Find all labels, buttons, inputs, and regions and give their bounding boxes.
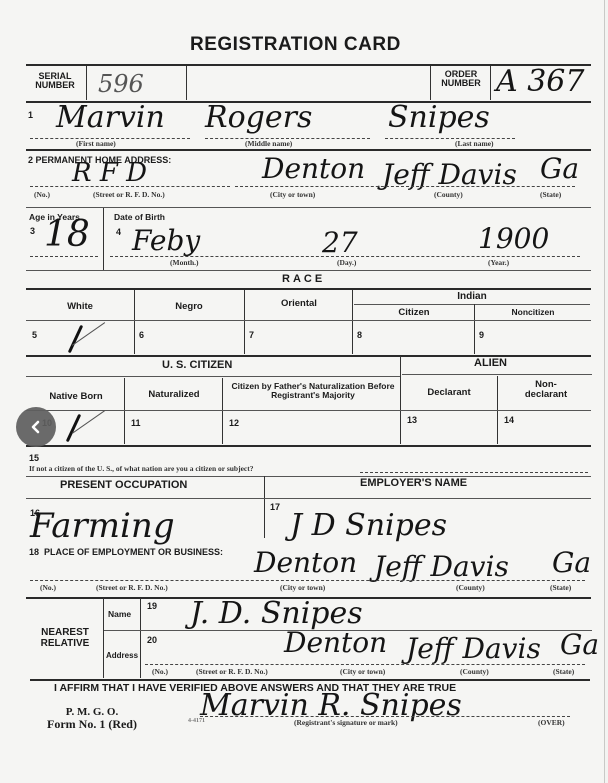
caption: (Day.) xyxy=(337,258,356,267)
caption: (Street or R. F. D. No.) xyxy=(196,667,268,676)
q13-number: 13 xyxy=(407,415,417,425)
previous-page-button[interactable] xyxy=(16,407,56,447)
caption: (City or town) xyxy=(340,667,385,676)
q8-number: 8 xyxy=(357,330,362,340)
race-indian-citizen-label: Citizen xyxy=(354,308,474,318)
rule xyxy=(30,256,98,257)
race-indian-noncitizen-label: Noncitizen xyxy=(476,308,590,317)
q7-number: 7 xyxy=(249,330,254,340)
relative-county: Jeff Davis xyxy=(406,632,541,665)
caption: (No.) xyxy=(152,667,168,676)
rule xyxy=(474,304,475,354)
race-header: RACE xyxy=(282,274,325,286)
rule xyxy=(26,498,591,499)
q4-number: 4 xyxy=(116,227,121,237)
rule xyxy=(402,374,592,375)
race-oriental-label: Oriental xyxy=(246,299,352,309)
rule xyxy=(26,149,591,151)
q14-number: 14 xyxy=(504,415,514,425)
chevron-left-icon xyxy=(29,420,43,434)
rule xyxy=(360,472,588,473)
q15-number: 15 xyxy=(29,453,39,463)
dob-year: 1900 xyxy=(478,222,549,255)
race-indian-label: Indian xyxy=(354,292,590,303)
rule xyxy=(26,476,591,477)
rule xyxy=(186,66,187,100)
print-code: 4-4171 xyxy=(188,718,205,724)
caption: (Year.) xyxy=(488,258,509,267)
rule xyxy=(30,679,590,681)
rule xyxy=(354,304,590,305)
rule xyxy=(26,320,591,321)
caption: (City or town) xyxy=(280,583,325,592)
age-value: 18 xyxy=(44,214,90,255)
first-name: Marvin xyxy=(56,100,165,135)
rule xyxy=(26,288,591,290)
q2-number: 2 xyxy=(28,155,33,165)
rule xyxy=(430,66,431,100)
rule xyxy=(244,290,245,354)
rule xyxy=(103,598,104,678)
rule xyxy=(124,378,125,444)
q3-number: 3 xyxy=(30,226,35,236)
rule xyxy=(490,66,491,100)
rule xyxy=(26,270,591,271)
rule xyxy=(352,290,353,354)
order-value: A 367 xyxy=(496,64,584,99)
employment-city: Denton xyxy=(254,546,357,579)
dob-label: Date of Birth xyxy=(114,213,165,222)
middle-name-caption: (Middle name) xyxy=(245,139,292,148)
q19-number: 19 xyxy=(147,601,157,611)
rule xyxy=(385,138,515,139)
serial-value: 596 xyxy=(98,70,144,98)
rule xyxy=(145,664,585,665)
rule xyxy=(400,356,401,444)
caption: (State) xyxy=(550,583,571,592)
nearest-relative-label: NEAREST RELATIVE xyxy=(30,628,100,649)
employer-header: EMPLOYER'S NAME xyxy=(360,478,467,490)
employment-state: Ga xyxy=(552,546,591,579)
q11-number: 11 xyxy=(131,418,141,428)
rule xyxy=(134,290,135,354)
signature-caption: (Registrant's signature or mark) xyxy=(294,718,398,727)
caption: (No.) xyxy=(34,190,50,199)
race-white-checkmark xyxy=(58,322,118,356)
caption: (City or town) xyxy=(270,190,315,199)
home-state: Ga xyxy=(540,152,579,185)
caption: (County) xyxy=(460,667,489,676)
relative-address-label: Address xyxy=(106,652,138,660)
caption: (No.) xyxy=(40,583,56,592)
occupation-header: PRESENT OCCUPATION xyxy=(60,480,187,492)
rule xyxy=(200,716,570,717)
over-note: (OVER) xyxy=(538,718,565,727)
relative-name-label: Name xyxy=(108,610,131,619)
caption: (State) xyxy=(540,190,561,199)
q18-number: 18 xyxy=(29,547,39,557)
caption: (Street or R. F. D. No.) xyxy=(93,190,165,199)
q5-number: 5 xyxy=(32,330,37,340)
rule xyxy=(264,476,265,538)
employment-county: Jeff Davis xyxy=(374,550,509,583)
caption: (Street or R. F. D. No.) xyxy=(96,583,168,592)
rule xyxy=(26,207,591,208)
dob-day: 27 xyxy=(322,226,358,259)
rule xyxy=(104,630,140,631)
q17-number: 17 xyxy=(270,502,280,512)
native-born-checkmark xyxy=(58,410,118,444)
alien-header: ALIEN xyxy=(474,358,507,370)
q12-number: 12 xyxy=(229,418,239,428)
form-number: Form No. 1 (Red) xyxy=(32,718,152,731)
rule xyxy=(235,186,575,187)
caption: (Month.) xyxy=(170,258,199,267)
citizen-by-father-label: Citizen by Father's Naturalization Befor… xyxy=(228,382,398,400)
q6-number: 6 xyxy=(139,330,144,340)
home-street: R F D xyxy=(72,158,147,188)
caption: (County) xyxy=(434,190,463,199)
registration-card: REGISTRATION CARD SERIAL NUMBER 596 ORDE… xyxy=(0,0,605,783)
rule xyxy=(30,186,230,187)
middle-name: Rogers xyxy=(205,100,312,135)
rule xyxy=(222,378,223,444)
occupation-value: Farming xyxy=(30,506,175,546)
race-negro-label: Negro xyxy=(136,302,242,312)
rule xyxy=(103,208,104,270)
last-name: Snipes xyxy=(388,100,490,135)
q9-number: 9 xyxy=(479,330,484,340)
rule xyxy=(140,598,141,678)
card-title: REGISTRATION CARD xyxy=(190,34,401,56)
q15-label: If not a citizen of the U. S., of what n… xyxy=(29,464,254,473)
caption: (State) xyxy=(553,667,574,676)
nondeclarant-label: Non-declarant xyxy=(520,380,572,400)
rule xyxy=(26,376,400,377)
declarant-label: Declarant xyxy=(402,388,496,398)
place-of-employment-label: PLACE OF EMPLOYMENT OR BUSINESS: xyxy=(44,547,223,557)
q20-number: 20 xyxy=(147,635,157,645)
employer-value: J D Snipes xyxy=(290,508,447,543)
naturalized-label: Naturalized xyxy=(126,390,222,400)
q1-number: 1 xyxy=(28,110,33,120)
relative-city: Denton xyxy=(284,626,387,659)
last-name-caption: (Last name) xyxy=(455,139,494,148)
rule xyxy=(26,445,591,447)
serial-label: SERIAL NUMBER xyxy=(30,72,80,91)
home-city: Denton xyxy=(262,152,365,185)
order-label: ORDER NUMBER xyxy=(434,70,488,89)
form-id: P. M. G. O. Form No. 1 (Red) xyxy=(32,706,152,731)
us-citizen-header: U. S. CITIZEN xyxy=(162,360,232,372)
rule xyxy=(110,256,580,257)
dob-month: Feby xyxy=(132,224,200,257)
caption: (County) xyxy=(456,583,485,592)
race-white-label: White xyxy=(30,302,130,312)
rule xyxy=(30,580,585,581)
rule xyxy=(86,66,87,100)
relative-state: Ga xyxy=(560,628,599,661)
first-name-caption: (First name) xyxy=(76,139,116,148)
native-born-label: Native Born xyxy=(30,392,122,402)
